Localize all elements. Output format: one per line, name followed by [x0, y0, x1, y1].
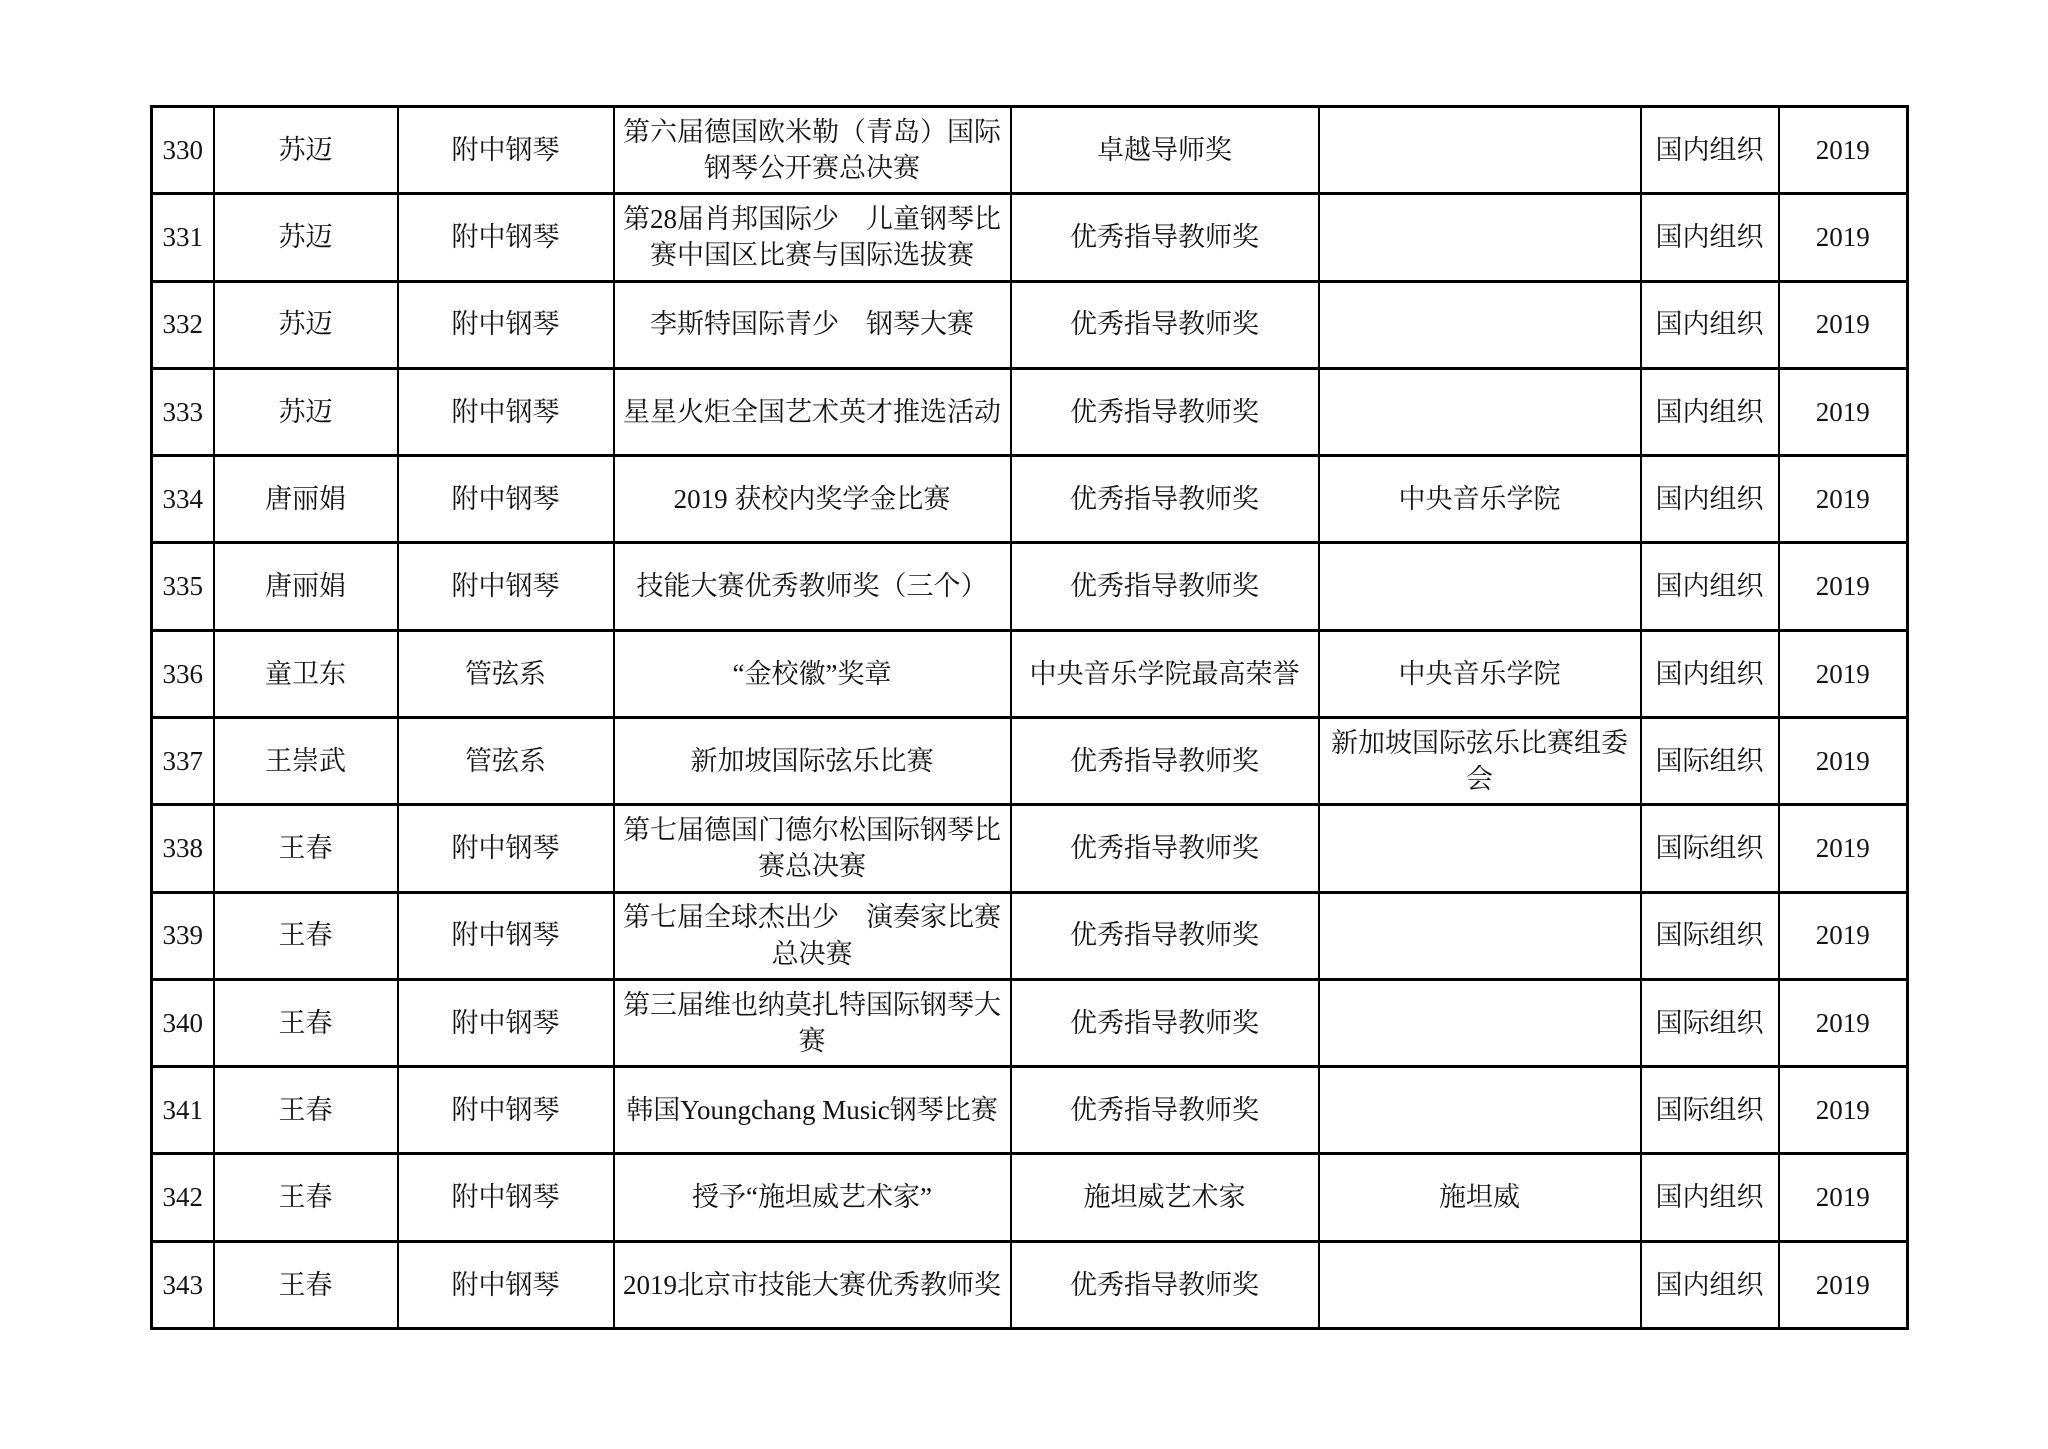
table-row: 334唐丽娟附中钢琴2019 获校内奖学金比赛优秀指导教师奖中央音乐学院国内组织…: [152, 456, 1908, 543]
competition-name-cell: 第六届德国欧米勒（青岛）国际钢琴公开赛总决赛: [614, 107, 1011, 194]
teacher-name-cell: 苏迈: [214, 194, 398, 281]
organization-type-cell: 国内组织: [1641, 194, 1779, 281]
awards-table-body: 330苏迈附中钢琴第六届德国欧米勒（青岛）国际钢琴公开赛总决赛卓越导师奖国内组织…: [152, 107, 1908, 1329]
department-cell: 附中钢琴: [398, 979, 614, 1066]
organization-type-cell: 国内组织: [1641, 456, 1779, 543]
awarding-organization-cell: 中央音乐学院: [1319, 630, 1641, 717]
serial-number-cell: 336: [152, 630, 214, 717]
award-year-cell: 2019: [1779, 1067, 1908, 1154]
competition-name-cell: 2019 获校内奖学金比赛: [614, 456, 1011, 543]
teacher-name-cell: 唐丽娟: [214, 543, 398, 630]
award-title-cell: 优秀指导教师奖: [1011, 1241, 1319, 1328]
department-cell: 附中钢琴: [398, 456, 614, 543]
teacher-name-cell: 童卫东: [214, 630, 398, 717]
serial-number-cell: 343: [152, 1241, 214, 1328]
organization-type-cell: 国内组织: [1641, 281, 1779, 368]
department-cell: 附中钢琴: [398, 1154, 614, 1241]
organization-type-cell: 国际组织: [1641, 892, 1779, 979]
teacher-name-cell: 王春: [214, 805, 398, 892]
table-row: 333苏迈附中钢琴星星火炬全国艺术英才推选活动优秀指导教师奖国内组织2019: [152, 368, 1908, 455]
award-title-cell: 优秀指导教师奖: [1011, 717, 1319, 804]
award-year-cell: 2019: [1779, 630, 1908, 717]
organization-type-cell: 国内组织: [1641, 368, 1779, 455]
organization-type-cell: 国内组织: [1641, 1154, 1779, 1241]
award-title-cell: 施坦威艺术家: [1011, 1154, 1319, 1241]
serial-number-cell: 339: [152, 892, 214, 979]
award-title-cell: 优秀指导教师奖: [1011, 543, 1319, 630]
serial-number-cell: 335: [152, 543, 214, 630]
award-title-cell: 优秀指导教师奖: [1011, 456, 1319, 543]
competition-name-cell: 第28届肖邦国际少 儿童钢琴比赛中国区比赛与国际选拔赛: [614, 194, 1011, 281]
award-title-cell: 优秀指导教师奖: [1011, 805, 1319, 892]
teacher-name-cell: 王春: [214, 1154, 398, 1241]
award-title-cell: 卓越导师奖: [1011, 107, 1319, 194]
organization-type-cell: 国际组织: [1641, 1067, 1779, 1154]
organization-type-cell: 国内组织: [1641, 543, 1779, 630]
department-cell: 附中钢琴: [398, 194, 614, 281]
teacher-name-cell: 王春: [214, 1241, 398, 1328]
awarding-organization-cell: [1319, 281, 1641, 368]
table-row: 337王崇武管弦系新加坡国际弦乐比赛优秀指导教师奖新加坡国际弦乐比赛组委会国际组…: [152, 717, 1908, 804]
award-year-cell: 2019: [1779, 281, 1908, 368]
serial-number-cell: 341: [152, 1067, 214, 1154]
department-cell: 附中钢琴: [398, 543, 614, 630]
teacher-name-cell: 苏迈: [214, 107, 398, 194]
serial-number-cell: 337: [152, 717, 214, 804]
table-row: 336童卫东管弦系“金校徽”奖章中央音乐学院最高荣誉中央音乐学院国内组织2019: [152, 630, 1908, 717]
award-year-cell: 2019: [1779, 543, 1908, 630]
award-year-cell: 2019: [1779, 368, 1908, 455]
award-title-cell: 中央音乐学院最高荣誉: [1011, 630, 1319, 717]
award-year-cell: 2019: [1779, 979, 1908, 1066]
department-cell: 附中钢琴: [398, 281, 614, 368]
awarding-organization-cell: [1319, 979, 1641, 1066]
department-cell: 管弦系: [398, 630, 614, 717]
table-row: 339王春附中钢琴第七届全球杰出少 演奏家比赛总决赛优秀指导教师奖国际组织201…: [152, 892, 1908, 979]
table-row: 340王春附中钢琴第三届维也纳莫扎特国际钢琴大赛优秀指导教师奖国际组织2019: [152, 979, 1908, 1066]
department-cell: 附中钢琴: [398, 1067, 614, 1154]
awarding-organization-cell: [1319, 892, 1641, 979]
competition-name-cell: 2019北京市技能大赛优秀教师奖: [614, 1241, 1011, 1328]
award-title-cell: 优秀指导教师奖: [1011, 368, 1319, 455]
organization-type-cell: 国际组织: [1641, 979, 1779, 1066]
competition-name-cell: “金校徽”奖章: [614, 630, 1011, 717]
table-row: 341王春附中钢琴韩国Youngchang Music钢琴比赛优秀指导教师奖国际…: [152, 1067, 1908, 1154]
organization-type-cell: 国内组织: [1641, 1241, 1779, 1328]
document-page: 330苏迈附中钢琴第六届德国欧米勒（青岛）国际钢琴公开赛总决赛卓越导师奖国内组织…: [0, 0, 2048, 1449]
competition-name-cell: 授予“施坦威艺术家”: [614, 1154, 1011, 1241]
department-cell: 管弦系: [398, 717, 614, 804]
serial-number-cell: 334: [152, 456, 214, 543]
serial-number-cell: 330: [152, 107, 214, 194]
serial-number-cell: 340: [152, 979, 214, 1066]
award-year-cell: 2019: [1779, 805, 1908, 892]
department-cell: 附中钢琴: [398, 805, 614, 892]
organization-type-cell: 国内组织: [1641, 630, 1779, 717]
table-row: 342王春附中钢琴授予“施坦威艺术家”施坦威艺术家施坦威国内组织2019: [152, 1154, 1908, 1241]
awarding-organization-cell: [1319, 1241, 1641, 1328]
table-row: 331苏迈附中钢琴第28届肖邦国际少 儿童钢琴比赛中国区比赛与国际选拔赛优秀指导…: [152, 194, 1908, 281]
awarding-organization-cell: 新加坡国际弦乐比赛组委会: [1319, 717, 1641, 804]
organization-type-cell: 国际组织: [1641, 717, 1779, 804]
award-year-cell: 2019: [1779, 1154, 1908, 1241]
awarding-organization-cell: [1319, 107, 1641, 194]
serial-number-cell: 342: [152, 1154, 214, 1241]
organization-type-cell: 国内组织: [1641, 107, 1779, 194]
award-title-cell: 优秀指导教师奖: [1011, 892, 1319, 979]
awarding-organization-cell: [1319, 543, 1641, 630]
awards-table: 330苏迈附中钢琴第六届德国欧米勒（青岛）国际钢琴公开赛总决赛卓越导师奖国内组织…: [150, 105, 1909, 1330]
department-cell: 附中钢琴: [398, 892, 614, 979]
teacher-name-cell: 苏迈: [214, 368, 398, 455]
competition-name-cell: 第三届维也纳莫扎特国际钢琴大赛: [614, 979, 1011, 1066]
table-row: 338王春附中钢琴第七届德国门德尔松国际钢琴比赛总决赛优秀指导教师奖国际组织20…: [152, 805, 1908, 892]
awarding-organization-cell: 施坦威: [1319, 1154, 1641, 1241]
competition-name-cell: 新加坡国际弦乐比赛: [614, 717, 1011, 804]
competition-name-cell: 韩国Youngchang Music钢琴比赛: [614, 1067, 1011, 1154]
competition-name-cell: 李斯特国际青少 钢琴大赛: [614, 281, 1011, 368]
award-title-cell: 优秀指导教师奖: [1011, 1067, 1319, 1154]
award-year-cell: 2019: [1779, 194, 1908, 281]
teacher-name-cell: 苏迈: [214, 281, 398, 368]
department-cell: 附中钢琴: [398, 107, 614, 194]
award-title-cell: 优秀指导教师奖: [1011, 194, 1319, 281]
table-row: 332苏迈附中钢琴李斯特国际青少 钢琴大赛优秀指导教师奖国内组织2019: [152, 281, 1908, 368]
department-cell: 附中钢琴: [398, 1241, 614, 1328]
teacher-name-cell: 王崇武: [214, 717, 398, 804]
table-row: 335唐丽娟附中钢琴技能大赛优秀教师奖（三个）优秀指导教师奖国内组织2019: [152, 543, 1908, 630]
award-year-cell: 2019: [1779, 892, 1908, 979]
awarding-organization-cell: [1319, 1067, 1641, 1154]
serial-number-cell: 338: [152, 805, 214, 892]
competition-name-cell: 第七届德国门德尔松国际钢琴比赛总决赛: [614, 805, 1011, 892]
serial-number-cell: 331: [152, 194, 214, 281]
award-year-cell: 2019: [1779, 1241, 1908, 1328]
department-cell: 附中钢琴: [398, 368, 614, 455]
teacher-name-cell: 王春: [214, 892, 398, 979]
award-title-cell: 优秀指导教师奖: [1011, 281, 1319, 368]
teacher-name-cell: 唐丽娟: [214, 456, 398, 543]
table-row: 330苏迈附中钢琴第六届德国欧米勒（青岛）国际钢琴公开赛总决赛卓越导师奖国内组织…: [152, 107, 1908, 194]
competition-name-cell: 技能大赛优秀教师奖（三个）: [614, 543, 1011, 630]
competition-name-cell: 第七届全球杰出少 演奏家比赛总决赛: [614, 892, 1011, 979]
teacher-name-cell: 王春: [214, 979, 398, 1066]
competition-name-cell: 星星火炬全国艺术英才推选活动: [614, 368, 1011, 455]
organization-type-cell: 国际组织: [1641, 805, 1779, 892]
award-year-cell: 2019: [1779, 456, 1908, 543]
awarding-organization-cell: [1319, 805, 1641, 892]
award-year-cell: 2019: [1779, 717, 1908, 804]
serial-number-cell: 332: [152, 281, 214, 368]
teacher-name-cell: 王春: [214, 1067, 398, 1154]
awarding-organization-cell: [1319, 368, 1641, 455]
awarding-organization-cell: 中央音乐学院: [1319, 456, 1641, 543]
awarding-organization-cell: [1319, 194, 1641, 281]
serial-number-cell: 333: [152, 368, 214, 455]
table-row: 343王春附中钢琴2019北京市技能大赛优秀教师奖优秀指导教师奖国内组织2019: [152, 1241, 1908, 1328]
award-title-cell: 优秀指导教师奖: [1011, 979, 1319, 1066]
award-year-cell: 2019: [1779, 107, 1908, 194]
